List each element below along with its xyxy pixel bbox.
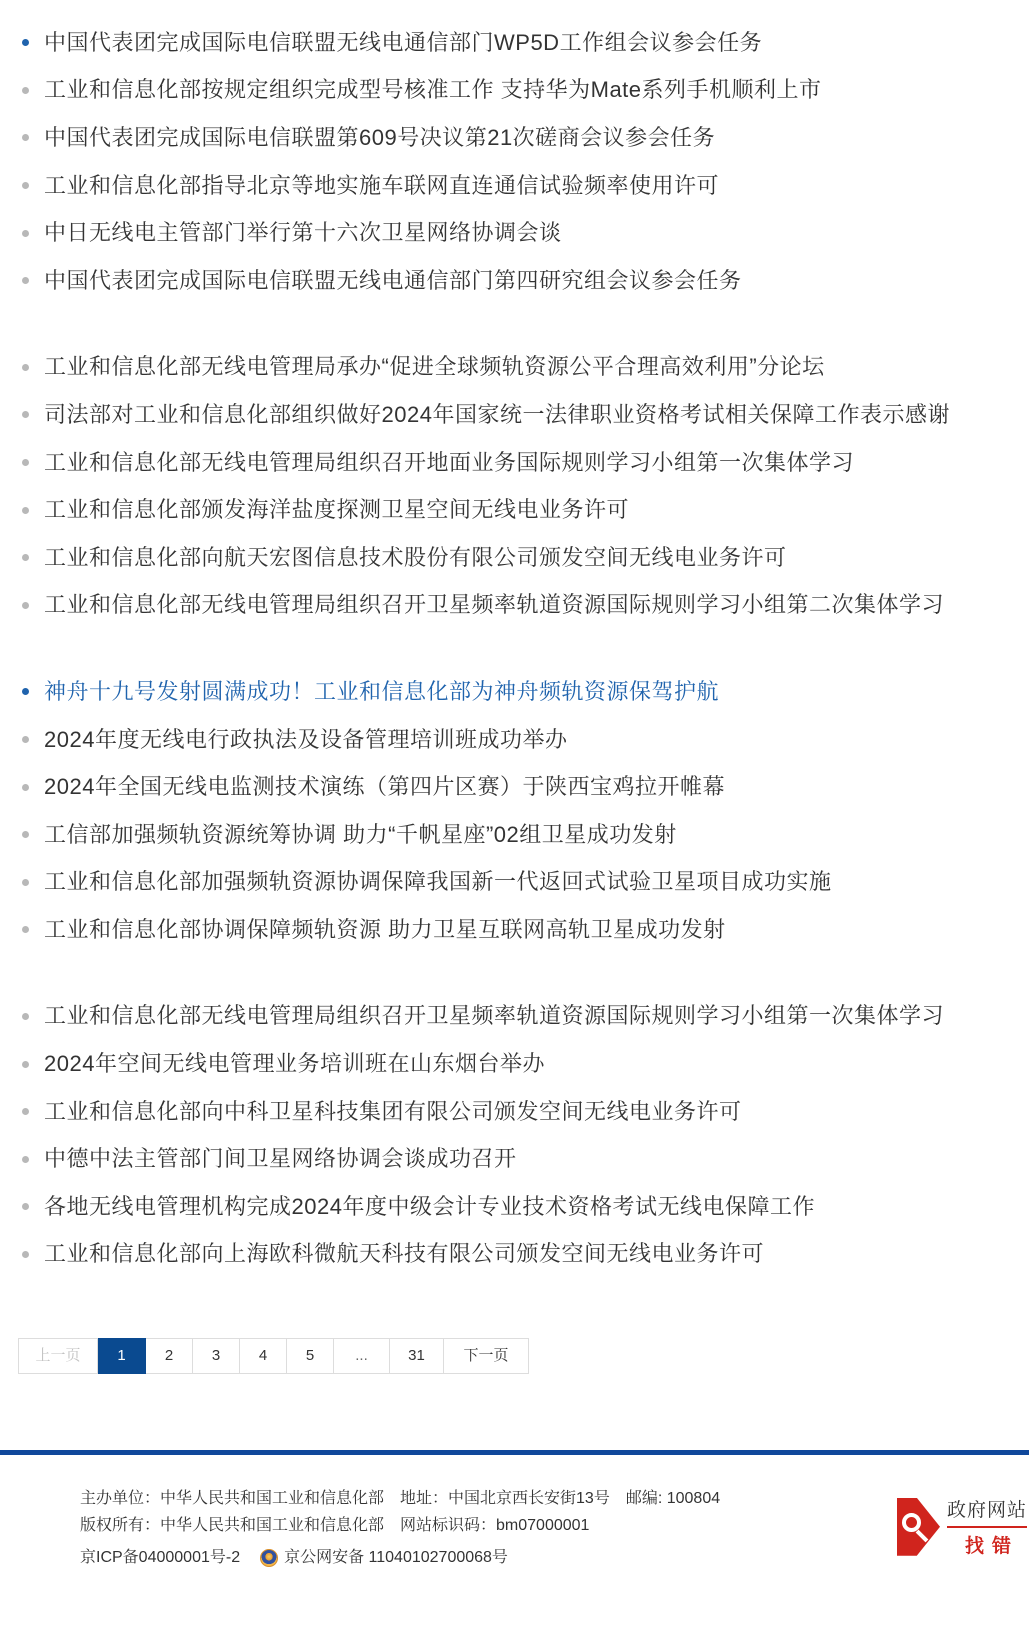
pagination-ellipsis[interactable]: ... bbox=[334, 1338, 390, 1374]
footer-site-code: 网站标识码：bm07000001 bbox=[400, 1517, 589, 1534]
error-badge-flag-icon bbox=[897, 1498, 940, 1556]
news-item[interactable]: 工业和信息化部无线电管理局承办“促进全球频轨资源公平合理高效利用”分论坛 bbox=[22, 344, 1029, 392]
news-item-title[interactable]: 工信部加强频轨资源统筹协调 助力“千帆星座”02组卫星成功发射 bbox=[44, 824, 677, 846]
bullet-icon bbox=[22, 459, 29, 466]
news-item[interactable]: 工业和信息化部无线电管理局组织召开卫星频率轨道资源国际规则学习小组第一次集体学习 bbox=[22, 993, 1029, 1041]
news-item-title[interactable]: 2024年全国无线电监测技术演练（第四片区赛）于陕西宝鸡拉开帷幕 bbox=[44, 776, 725, 798]
bullet-icon bbox=[22, 1251, 29, 1258]
footer-info: 主办单位：中华人民共和国工业和信息化部地址：中国北京西长安街13号邮编: 100… bbox=[80, 1485, 1029, 1571]
news-item-title[interactable]: 工业和信息化部无线电管理局组织召开卫星频率轨道资源国际规则学习小组第一次集体学习 bbox=[44, 1005, 944, 1027]
public-security-record-link[interactable]: 京公网安备 11040102700068号 bbox=[284, 1544, 508, 1571]
news-item-title[interactable]: 中国代表团完成国际电信联盟第609号决议第21次磋商会议参会任务 bbox=[44, 127, 715, 149]
bullet-icon bbox=[22, 1203, 29, 1210]
news-item[interactable]: 中国代表团完成国际电信联盟无线电通信部门WP5D工作组会议参会任务 bbox=[22, 19, 1029, 67]
news-item[interactable]: 2024年度无线电行政执法及设备管理培训班成功举办 bbox=[22, 716, 1029, 764]
footer-copyright: 版权所有：中华人民共和国工业和信息化部 bbox=[80, 1517, 384, 1534]
footer-host: 主办单位：中华人民共和国工业和信息化部 bbox=[80, 1490, 384, 1507]
icp-record-link[interactable]: 京ICP备04000001号-2 bbox=[80, 1544, 240, 1571]
bullet-icon bbox=[22, 507, 29, 514]
magnifier-handle-icon bbox=[916, 1529, 929, 1542]
bullet-icon bbox=[22, 39, 29, 46]
news-item[interactable]: 2024年空间无线电管理业务培训班在山东烟台举办 bbox=[22, 1040, 1029, 1088]
gov-site-error-report-badge[interactable]: 政府网站 找错 bbox=[897, 1495, 1027, 1558]
news-item-title[interactable]: 工业和信息化部无线电管理局组织召开地面业务国际规则学习小组第一次集体学习 bbox=[44, 452, 854, 474]
bullet-icon bbox=[22, 1156, 29, 1163]
news-list: 中国代表团完成国际电信联盟无线电通信部门WP5D工作组会议参会任务工业和信息化部… bbox=[0, 0, 1029, 1278]
news-group-1: 中国代表团完成国际电信联盟无线电通信部门WP5D工作组会议参会任务工业和信息化部… bbox=[22, 19, 1029, 305]
bullet-icon bbox=[22, 926, 29, 933]
news-group-2: 工业和信息化部无线电管理局承办“促进全球频轨资源公平合理高效利用”分论坛司法部对… bbox=[22, 344, 1029, 630]
pagination-page-4[interactable]: 4 bbox=[240, 1338, 287, 1374]
bullet-icon bbox=[22, 277, 29, 284]
news-item-title[interactable]: 工业和信息化部颁发海洋盐度探测卫星空间无线电业务许可 bbox=[44, 499, 629, 521]
bullet-icon bbox=[22, 736, 29, 743]
bullet-icon bbox=[22, 879, 29, 886]
news-item[interactable]: 工业和信息化部向航天宏图信息技术股份有限公司颁发空间无线电业务许可 bbox=[22, 534, 1029, 582]
news-item[interactable]: 中国代表团完成国际电信联盟第609号决议第21次磋商会议参会任务 bbox=[22, 114, 1029, 162]
bullet-icon bbox=[22, 182, 29, 189]
error-badge-rule bbox=[947, 1526, 1027, 1528]
news-group-3: 神舟十九号发射圆满成功！工业和信息化部为神舟频轨资源保驾护航2024年度无线电行… bbox=[22, 668, 1029, 954]
news-item[interactable]: 工业和信息化部向中科卫星科技集团有限公司颁发空间无线电业务许可 bbox=[22, 1088, 1029, 1136]
news-item-title[interactable]: 工业和信息化部按规定组织完成型号核准工作 支持华为Mate系列手机顺利上市 bbox=[44, 79, 822, 101]
bullet-icon bbox=[22, 784, 29, 791]
news-item[interactable]: 工业和信息化部加强频轨资源协调保障我国新一代返回式试验卫星项目成功实施 bbox=[22, 859, 1029, 907]
error-badge-texts: 政府网站 找错 bbox=[947, 1495, 1027, 1558]
news-item[interactable]: 中日无线电主管部门举行第十六次卫星网络协调会谈 bbox=[22, 209, 1029, 257]
news-item-title[interactable]: 工业和信息化部无线电管理局承办“促进全球频轨资源公平合理高效利用”分论坛 bbox=[44, 356, 825, 378]
bullet-icon bbox=[22, 87, 29, 94]
pagination-page-5[interactable]: 5 bbox=[287, 1338, 334, 1374]
news-item[interactable]: 工业和信息化部按规定组织完成型号核准工作 支持华为Mate系列手机顺利上市 bbox=[22, 67, 1029, 115]
news-item-title[interactable]: 神舟十九号发射圆满成功！工业和信息化部为神舟频轨资源保驾护航 bbox=[44, 681, 719, 703]
news-item-title[interactable]: 2024年空间无线电管理业务培训班在山东烟台举办 bbox=[44, 1053, 545, 1075]
news-item-title[interactable]: 工业和信息化部向上海欧科微航天科技有限公司颁发空间无线电业务许可 bbox=[44, 1243, 764, 1265]
pagination: 上一页12345...31下一页 bbox=[18, 1338, 529, 1374]
news-item-title[interactable]: 中德中法主管部门间卫星网络协调会谈成功召开 bbox=[44, 1148, 517, 1170]
news-item[interactable]: 神舟十九号发射圆满成功！工业和信息化部为神舟频轨资源保驾护航 bbox=[22, 668, 1029, 716]
bullet-icon bbox=[22, 1013, 29, 1020]
news-item[interactable]: 工业和信息化部无线电管理局组织召开卫星频率轨道资源国际规则学习小组第二次集体学习 bbox=[22, 582, 1029, 630]
bullet-icon bbox=[22, 831, 29, 838]
bullet-icon bbox=[22, 688, 29, 695]
news-item-title[interactable]: 中国代表团完成国际电信联盟无线电通信部门WP5D工作组会议参会任务 bbox=[44, 32, 762, 54]
bullet-icon bbox=[22, 230, 29, 237]
news-item-title[interactable]: 工业和信息化部向航天宏图信息技术股份有限公司颁发空间无线电业务许可 bbox=[44, 547, 787, 569]
news-item[interactable]: 中德中法主管部门间卫星网络协调会谈成功召开 bbox=[22, 1135, 1029, 1183]
pagination-page-1[interactable]: 1 bbox=[98, 1338, 146, 1374]
footer-address: 地址：中国北京西长安街13号 bbox=[400, 1490, 610, 1507]
news-item[interactable]: 工业和信息化部无线电管理局组织召开地面业务国际规则学习小组第一次集体学习 bbox=[22, 439, 1029, 487]
news-item-title[interactable]: 工业和信息化部指导北京等地实施车联网直连通信试验频率使用许可 bbox=[44, 175, 719, 197]
footer-line-1: 主办单位：中华人民共和国工业和信息化部地址：中国北京西长安街13号邮编: 100… bbox=[80, 1485, 1029, 1512]
news-item[interactable]: 司法部对工业和信息化部组织做好2024年国家统一法律职业资格考试相关保障工作表示… bbox=[22, 391, 1029, 439]
bullet-icon bbox=[22, 1108, 29, 1115]
bullet-icon bbox=[22, 411, 29, 418]
news-item[interactable]: 工业和信息化部指导北京等地实施车联网直连通信试验频率使用许可 bbox=[22, 162, 1029, 210]
news-item[interactable]: 2024年全国无线电监测技术演练（第四片区赛）于陕西宝鸡拉开帷幕 bbox=[22, 763, 1029, 811]
footer-line-2: 版权所有：中华人民共和国工业和信息化部网站标识码：bm07000001 bbox=[80, 1512, 1029, 1539]
footer-line-3: 京ICP备04000001号-2 京公网安备 11040102700068号 bbox=[80, 1544, 1029, 1571]
news-group-4: 工业和信息化部无线电管理局组织召开卫星频率轨道资源国际规则学习小组第一次集体学习… bbox=[22, 993, 1029, 1279]
police-badge-icon bbox=[260, 1549, 278, 1567]
news-item-title[interactable]: 司法部对工业和信息化部组织做好2024年国家统一法律职业资格考试相关保障工作表示… bbox=[44, 404, 950, 426]
news-item-title[interactable]: 2024年度无线电行政执法及设备管理培训班成功举办 bbox=[44, 729, 567, 751]
pagination-page-3[interactable]: 3 bbox=[193, 1338, 240, 1374]
pagination-page-2[interactable]: 2 bbox=[146, 1338, 193, 1374]
news-item[interactable]: 工信部加强频轨资源统筹协调 助力“千帆星座”02组卫星成功发射 bbox=[22, 811, 1029, 859]
news-item-title[interactable]: 工业和信息化部加强频轨资源协调保障我国新一代返回式试验卫星项目成功实施 bbox=[44, 871, 832, 893]
news-item[interactable]: 工业和信息化部向上海欧科微航天科技有限公司颁发空间无线电业务许可 bbox=[22, 1231, 1029, 1279]
news-item[interactable]: 中国代表团完成国际电信联盟无线电通信部门第四研究组会议参会任务 bbox=[22, 257, 1029, 305]
pagination-page-31[interactable]: 31 bbox=[390, 1338, 444, 1374]
bullet-icon bbox=[22, 364, 29, 371]
pagination-next-button[interactable]: 下一页 bbox=[444, 1338, 529, 1374]
footer: 主办单位：中华人民共和国工业和信息化部地址：中国北京西长安街13号邮编: 100… bbox=[0, 1455, 1029, 1586]
footer-postcode: 邮编: 100804 bbox=[626, 1490, 720, 1507]
news-item-title[interactable]: 工业和信息化部协调保障频轨资源 助力卫星互联网高轨卫星成功发射 bbox=[44, 919, 726, 941]
news-item-title[interactable]: 工业和信息化部向中科卫星科技集团有限公司颁发空间无线电业务许可 bbox=[44, 1101, 742, 1123]
news-item-title[interactable]: 中日无线电主管部门举行第十六次卫星网络协调会谈 bbox=[44, 222, 562, 244]
news-item-title[interactable]: 各地无线电管理机构完成2024年度中级会计专业技术资格考试无线电保障工作 bbox=[44, 1196, 815, 1218]
pagination-prev-button[interactable]: 上一页 bbox=[18, 1338, 98, 1374]
bullet-icon bbox=[22, 602, 29, 609]
news-item-title[interactable]: 工业和信息化部无线电管理局组织召开卫星频率轨道资源国际规则学习小组第二次集体学习 bbox=[44, 594, 944, 616]
bullet-icon bbox=[22, 554, 29, 561]
news-item[interactable]: 工业和信息化部颁发海洋盐度探测卫星空间无线电业务许可 bbox=[22, 486, 1029, 534]
bullet-icon bbox=[22, 134, 29, 141]
news-item-title[interactable]: 中国代表团完成国际电信联盟无线电通信部门第四研究组会议参会任务 bbox=[44, 270, 742, 292]
bullet-icon bbox=[22, 1061, 29, 1068]
news-item[interactable]: 工业和信息化部协调保障频轨资源 助力卫星互联网高轨卫星成功发射 bbox=[22, 906, 1029, 954]
news-item[interactable]: 各地无线电管理机构完成2024年度中级会计专业技术资格考试无线电保障工作 bbox=[22, 1183, 1029, 1231]
error-badge-title: 政府网站 bbox=[947, 1495, 1027, 1522]
error-badge-subtitle: 找错 bbox=[947, 1531, 1027, 1558]
